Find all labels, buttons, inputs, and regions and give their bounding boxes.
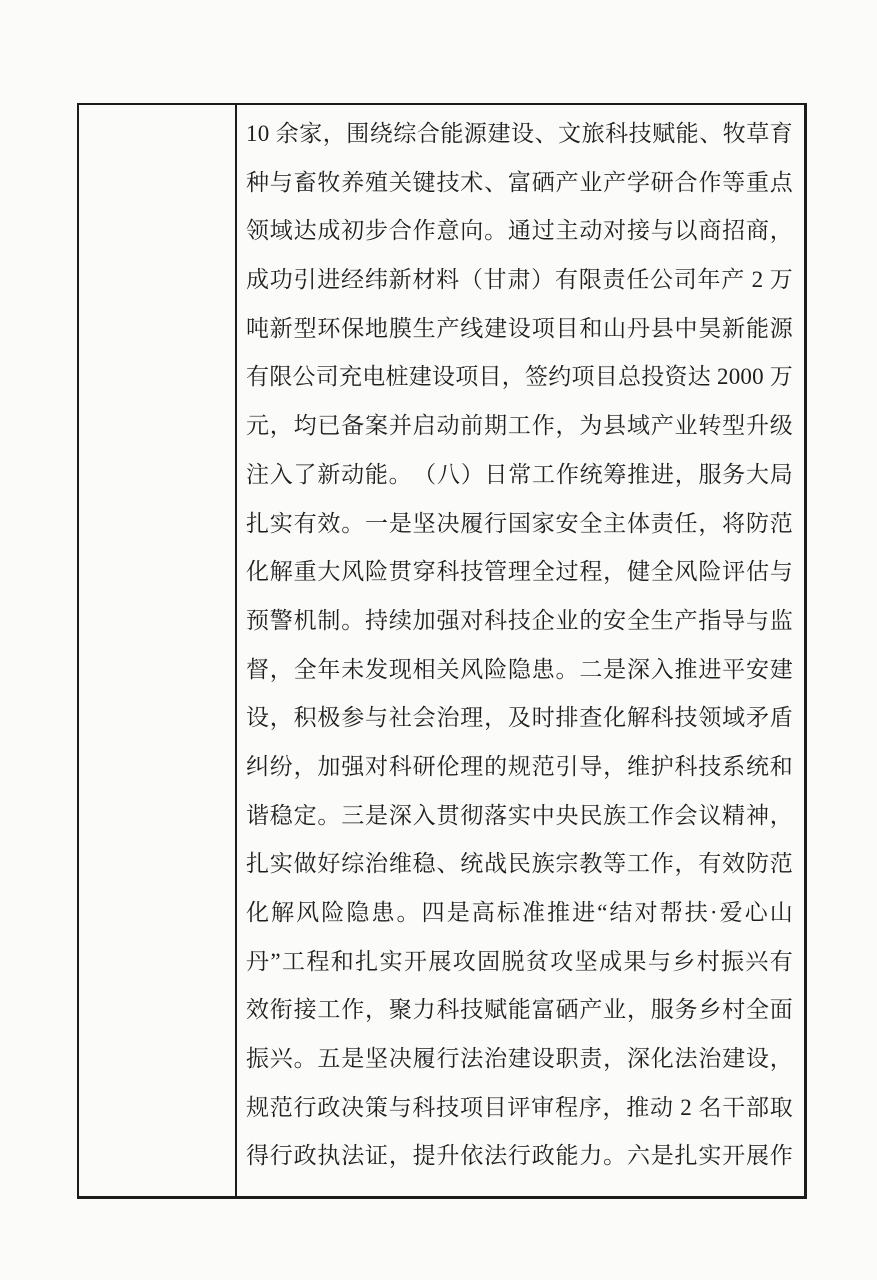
text-line: 丹”工程和扎实开展攻固脱贫攻坚成果与乡村振兴有 — [246, 938, 793, 987]
text-line: 领域达成初步合作意向。通过主动对接与以商招商， — [246, 207, 793, 256]
text-line: 得行政执法证，提升依法行政能力。六是扎实开展作 — [246, 1132, 793, 1181]
text-line: 有限公司充电桩建设项目，签约项目总投资达 2000 万 — [246, 353, 793, 402]
text-line: 扎实做好综治维稳、统战民族宗教等工作，有效防范 — [246, 840, 793, 889]
text-line: 成功引进经纬新材料（甘肃）有限责任公司年产 2 万 — [246, 256, 793, 305]
document-page: 10 余家，围绕综合能源建设、文旅科技赋能、牧草育种与畜牧养殖关键技术、富硒产业… — [0, 0, 877, 1280]
report-table: 10 余家，围绕综合能源建设、文旅科技赋能、牧草育种与畜牧养殖关键技术、富硒产业… — [77, 103, 807, 1199]
table-cell-body-text: 10 余家，围绕综合能源建设、文旅科技赋能、牧草育种与畜牧养殖关键技术、富硒产业… — [237, 105, 804, 1196]
text-line: 吨新型环保地膜生产线建设项目和山丹县中昊新能源 — [246, 305, 793, 354]
text-line: 扎实有效。一是坚决履行国家安全主体责任，将防范 — [246, 500, 793, 549]
text-line: 谐稳定。三是深入贯彻落实中央民族工作会议精神， — [246, 792, 793, 841]
text-line: 种与畜牧养殖关键技术、富硒产业产学研合作等重点 — [246, 159, 793, 208]
text-line: 纠纷，加强对科研伦理的规范引导，维护科技系统和 — [246, 743, 793, 792]
table-cell-label-empty — [79, 105, 237, 1196]
text-line: 效衔接工作，聚力科技赋能富硒产业，服务乡村全面 — [246, 986, 793, 1035]
text-line: 化解重大风险贯穿科技管理全过程，健全风险评估与 — [246, 548, 793, 597]
text-line: 化解风险隐患。四是高标准推进“结对帮扶·爱心山 — [246, 889, 793, 938]
text-line: 预警机制。持续加强对科技企业的安全生产指导与监 — [246, 597, 793, 646]
text-line: 注入了新动能。 （八）日常工作统筹推进，服务大局 — [246, 451, 793, 500]
text-line: 规范行政决策与科技项目评审程序，推动 2 名干部取 — [246, 1084, 793, 1133]
text-line: 振兴。五是坚决履行法治建设职责，深化法治建设， — [246, 1035, 793, 1084]
text-line: 设，积极参与社会治理，及时排查化解科技领域矛盾 — [246, 694, 793, 743]
text-line: 10 余家，围绕综合能源建设、文旅科技赋能、牧草育 — [246, 110, 793, 159]
text-line: 督，全年未发现相关风险隐患。二是深入推进平安建 — [246, 646, 793, 695]
text-line: 元，均已备案并启动前期工作，为县域产业转型升级 — [246, 402, 793, 451]
